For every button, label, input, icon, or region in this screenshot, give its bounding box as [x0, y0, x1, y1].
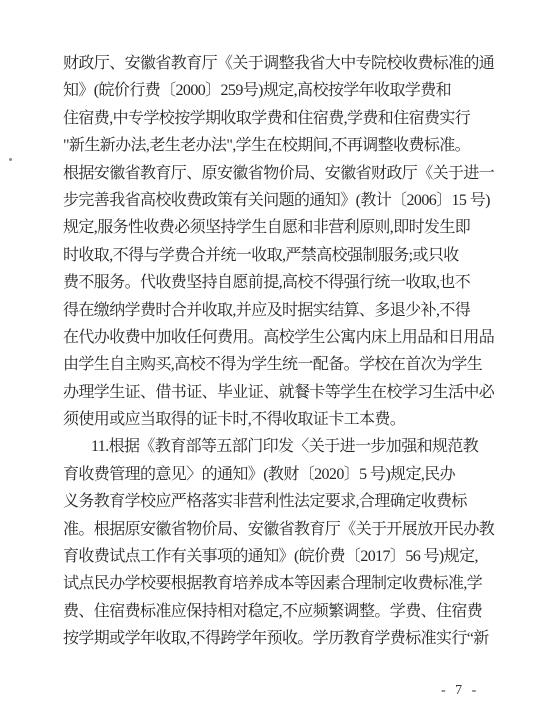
- scanned-document-page: 财政厅、安徽省教育厅《关于调整我省大中专院校收费标准的通 知》(皖价行费〔200…: [0, 0, 557, 726]
- text-line: 规定,服务性收费必须坚持学生自愿和非营利原则,即时发生即: [63, 214, 495, 241]
- text-line: 知》(皖价行费〔2000〕259号)规定,高校按学年收取学费和: [63, 77, 495, 104]
- text-line: 由学生自主购买,高校不得为学生统一配备。学校在首次为学生: [63, 351, 495, 378]
- text-line: 在代办收费中加收任何费用。高校学生公寓内床上用品和日用品: [63, 324, 495, 351]
- text-line: 住宿费,中专学校按学期收取学费和住宿费,学费和住宿费实行: [63, 105, 495, 132]
- page-number: - 7 -: [441, 683, 479, 699]
- text-line: 准。根据原安徽省物价局、安徽省教育厅《关于开展放开民办教: [63, 516, 495, 543]
- document-body: 财政厅、安徽省教育厅《关于调整我省大中专院校收费标准的通 知》(皖价行费〔200…: [63, 50, 495, 653]
- text-line: 财政厅、安徽省教育厅《关于调整我省大中专院校收费标准的通: [63, 50, 495, 77]
- text-line: 步完善我省高校收费政策有关问题的通知》(教计〔2006〕15 号): [63, 187, 495, 214]
- text-line-paragraph-start: 11.根据《教育部等五部门印发〈关于进一步加强和规范教: [63, 433, 495, 460]
- text-line: 得在缴纳学费时合并收取,并应及时据实结算、多退少补,不得: [63, 297, 495, 324]
- text-line: 办理学生证、借书证、毕业证、就餐卡等学生在校学习生活中必: [63, 379, 495, 406]
- text-line: 义务教育学校应严格落实非营利性法定要求,合理确定收费标: [63, 488, 495, 515]
- text-line: "新生新办法,老生老办法",学生在校期间,不再调整收费标准。: [63, 132, 495, 159]
- scan-speck: [9, 158, 12, 161]
- text-line: 按学期或学年收取,不得跨学年预收。学历教育学费标准实行“新: [63, 625, 495, 652]
- text-line: 费不服务。代收费坚持自愿前提,高校不得强行统一收取,也不: [63, 269, 495, 296]
- text-line: 育收费试点工作有关事项的通知》(皖价费〔2017〕56 号)规定,: [63, 543, 495, 570]
- text-line: 时收取,不得与学费合并统一收取,严禁高校强制服务;或只收: [63, 242, 495, 269]
- text-line: 根据安徽省教育厅、原安徽省物价局、安徽省财政厅《关于进一: [63, 160, 495, 187]
- text-line: 须使用或应当取得的证卡时,不得收取证卡工本费。: [63, 406, 495, 433]
- text-line: 试点民办学校要根据教育培养成本等因素合理制定收费标准,学: [63, 570, 495, 597]
- text-line: 费、住宿费标准应保持相对稳定,不应频繁调整。学费、住宿费: [63, 598, 495, 625]
- text-line: 育收费管理的意见〉的通知》(教财〔2020〕5 号)规定,民办: [63, 461, 495, 488]
